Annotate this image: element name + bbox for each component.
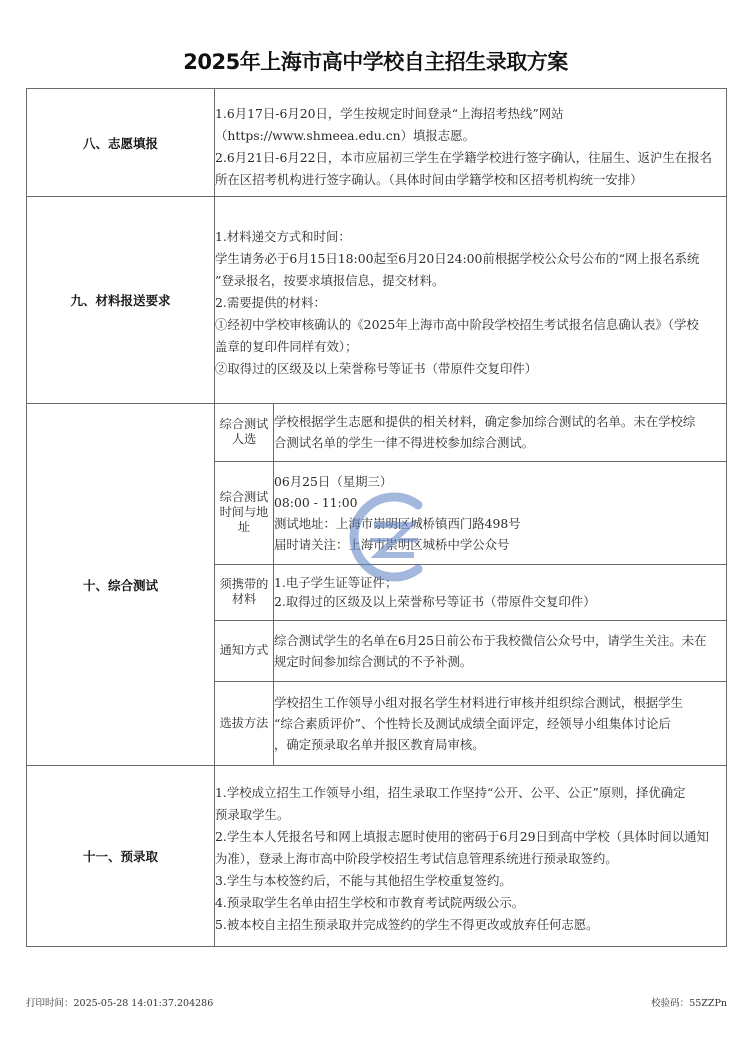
subrow-required-materials: 须携带的材料 1.电子学生证等证件； 2.取得过的区级及以上荣誉称号等证书（带原… xyxy=(215,564,726,620)
content-line: 学校根据学生志愿和提供的相关材料，确定参加综合测试的名单。未在学校综 xyxy=(274,411,726,432)
content-line: 学校招生工作领导小组对报名学生材料进行审核并组织综合测试，根据学生 xyxy=(274,692,726,713)
print-time-value: 2025-05-28 14:01:37.204286 xyxy=(74,998,214,1009)
section-row-pre-admission: 十一、预录取 1.学校成立招生工作领导小组，招生录取工作坚持“公开、公平、公正”… xyxy=(27,766,727,947)
content-line: 综合测试学生的名单在6月25日前公布于我校微信公众号中，请学生关注。未在 xyxy=(274,630,726,651)
content-line: 2.需要提供的材料： xyxy=(215,292,726,314)
section-label: 十、综合测试 xyxy=(27,404,215,766)
content-line: 合测试名单的学生一律不得进校参加综合测试。 xyxy=(274,432,726,453)
content-line: （https://www.shmeea.edu.cn）填报志愿。 xyxy=(215,125,726,147)
subrow-content: 综合测试学生的名单在6月25日前公布于我校微信公众号中，请学生关注。未在 规定时… xyxy=(274,620,727,681)
subrow-label: 综合测试人选 xyxy=(215,404,274,461)
content-line: 2.取得过的区级及以上荣誉称号等证书（带原件交复印件） xyxy=(274,592,726,611)
document-title: 2025年上海市高中学校自主招生录取方案 xyxy=(0,46,751,76)
section-content: 1.学校成立招生工作领导小组，招生录取工作坚持“公开、公平、公正”原则，择优确定… xyxy=(215,766,727,947)
content-line: 规定时间参加综合测试的不予补测。 xyxy=(274,651,726,672)
print-time-label: 打印时间： xyxy=(26,998,74,1009)
check-code-value: 55ZZPn xyxy=(689,998,727,1009)
content-line: 5.被本校自主招生预录取并完成签约的学生不得更改或放弃任何志愿。 xyxy=(215,914,726,936)
subrow-label: 选拔方法 xyxy=(215,681,274,765)
subrow-content: 1.电子学生证等证件； 2.取得过的区级及以上荣誉称号等证书（带原件交复印件） xyxy=(274,564,727,620)
subrow-notification: 通知方式 综合测试学生的名单在6月25日前公布于我校微信公众号中，请学生关注。未… xyxy=(215,620,726,681)
section-row-volunteer-filling: 八、志愿填报 1.6月17日-6月20日，学生按规定时间登录“上海招考热线”网站… xyxy=(27,89,727,197)
content-line: 2.学生本人凭报名号和网上填报志愿时使用的密码于6月29日到高中学校（具体时间以… xyxy=(215,826,726,848)
section-row-comprehensive-test: 十、综合测试 综合测试人选 学校根据学生志愿和提供的相关材料，确定参加综合测试的… xyxy=(27,404,727,766)
content-line: ②取得过的区级及以上荣誉称号等证书（带原件交复印件） xyxy=(215,358,726,380)
content-line: 盖章的复印件同样有效）； xyxy=(215,336,726,358)
section-row-material-submission: 九、材料报送要求 1.材料递交方式和时间： 学生请务必于6月15日18:00起至… xyxy=(27,197,727,404)
content-line: “综合素质评价”、个性特长及测试成绩全面评定，经领导小组集体讨论后 xyxy=(274,713,726,734)
section-label: 十一、预录取 xyxy=(27,766,215,947)
content-line: 学生请务必于6月15日18:00起至6月20日24:00前根据学校公众号公布的“… xyxy=(215,248,726,270)
content-line: 06月25日（星期三） xyxy=(274,471,726,492)
subrow-label: 综合测试时间与地址 xyxy=(215,461,274,564)
subrow-content: 学校根据学生志愿和提供的相关材料，确定参加综合测试的名单。未在学校综 合测试名单… xyxy=(274,404,727,461)
content-line: 1.电子学生证等证件； xyxy=(274,573,726,592)
content-line: ，确定预录取名单并报区教育局审核。 xyxy=(274,734,726,755)
section-content: 1.材料递交方式和时间： 学生请务必于6月15日18:00起至6月20日24:0… xyxy=(215,197,727,404)
subrow-label: 通知方式 xyxy=(215,620,274,681)
section-content: 1.6月17日-6月20日，学生按规定时间登录“上海招考热线”网站 （https… xyxy=(215,89,727,197)
subrow-label: 须携带的材料 xyxy=(215,564,274,620)
check-code-label: 校验码： xyxy=(651,998,689,1009)
content-line: 1.6月17日-6月20日，学生按规定时间登录“上海招考热线”网站 xyxy=(215,103,726,125)
content-line: 1.学校成立招生工作领导小组，招生录取工作坚持“公开、公平、公正”原则，择优确定 xyxy=(215,782,726,804)
subrow-content: 学校招生工作领导小组对报名学生材料进行审核并组织综合测试，根据学生 “综合素质评… xyxy=(274,681,727,765)
content-line: 4.预录取学生名单由招生学校和市教育考试院两级公示。 xyxy=(215,892,726,914)
subrow-time-address: 综合测试时间与地址 06月25日（星期三） 08:00 - 11:00 测试地址… xyxy=(215,461,726,564)
content-line: 为准），登录上海市高中阶段学校招生考试信息管理系统进行预录取签约。 xyxy=(215,848,726,870)
admission-plan-table: 八、志愿填报 1.6月17日-6月20日，学生按规定时间登录“上海招考热线”网站… xyxy=(26,88,727,947)
content-line: ①经初中学校审核确认的《2025年上海市高中阶段学校招生考试报名信息确认表》（学… xyxy=(215,314,726,336)
subrow-content: 06月25日（星期三） 08:00 - 11:00 测试地址：上海市崇明区城桥镇… xyxy=(274,461,727,564)
content-line: 测试地址：上海市崇明区城桥镇西门路498号 xyxy=(274,513,726,534)
content-line: 3.学生与本校签约后，不能与其他招生学校重复签约。 xyxy=(215,870,726,892)
subrow-selection-method: 选拔方法 学校招生工作领导小组对报名学生材料进行审核并组织综合测试，根据学生 “… xyxy=(215,681,726,765)
content-line: 所在区招考机构进行签字确认。（具体时间由学籍学校和区招考机构统一安排） xyxy=(215,169,726,191)
subrow-candidates: 综合测试人选 学校根据学生志愿和提供的相关材料，确定参加综合测试的名单。未在学校… xyxy=(215,404,726,461)
content-line: ”登录报名，按要求填报信息，提交材料。 xyxy=(215,270,726,292)
print-time: 打印时间：2025-05-28 14:01:37.204286 xyxy=(26,995,213,1009)
section-label: 八、志愿填报 xyxy=(27,89,215,197)
content-line: 届时请关注：上海市崇明区城桥中学公众号 xyxy=(274,534,726,555)
content-line: 2.6月21日-6月22日，本市应届初三学生在学籍学校进行签字确认，往届生、返沪… xyxy=(215,147,726,169)
section-content: 综合测试人选 学校根据学生志愿和提供的相关材料，确定参加综合测试的名单。未在学校… xyxy=(215,404,727,766)
content-line: 08:00 - 11:00 xyxy=(274,492,726,513)
section-label: 九、材料报送要求 xyxy=(27,197,215,404)
content-line: 预录取学生。 xyxy=(215,804,726,826)
content-line: 1.材料递交方式和时间： xyxy=(215,226,726,248)
check-code: 校验码：55ZZPn xyxy=(651,995,727,1009)
comprehensive-test-subtable: 综合测试人选 学校根据学生志愿和提供的相关材料，确定参加综合测试的名单。未在学校… xyxy=(215,404,726,765)
